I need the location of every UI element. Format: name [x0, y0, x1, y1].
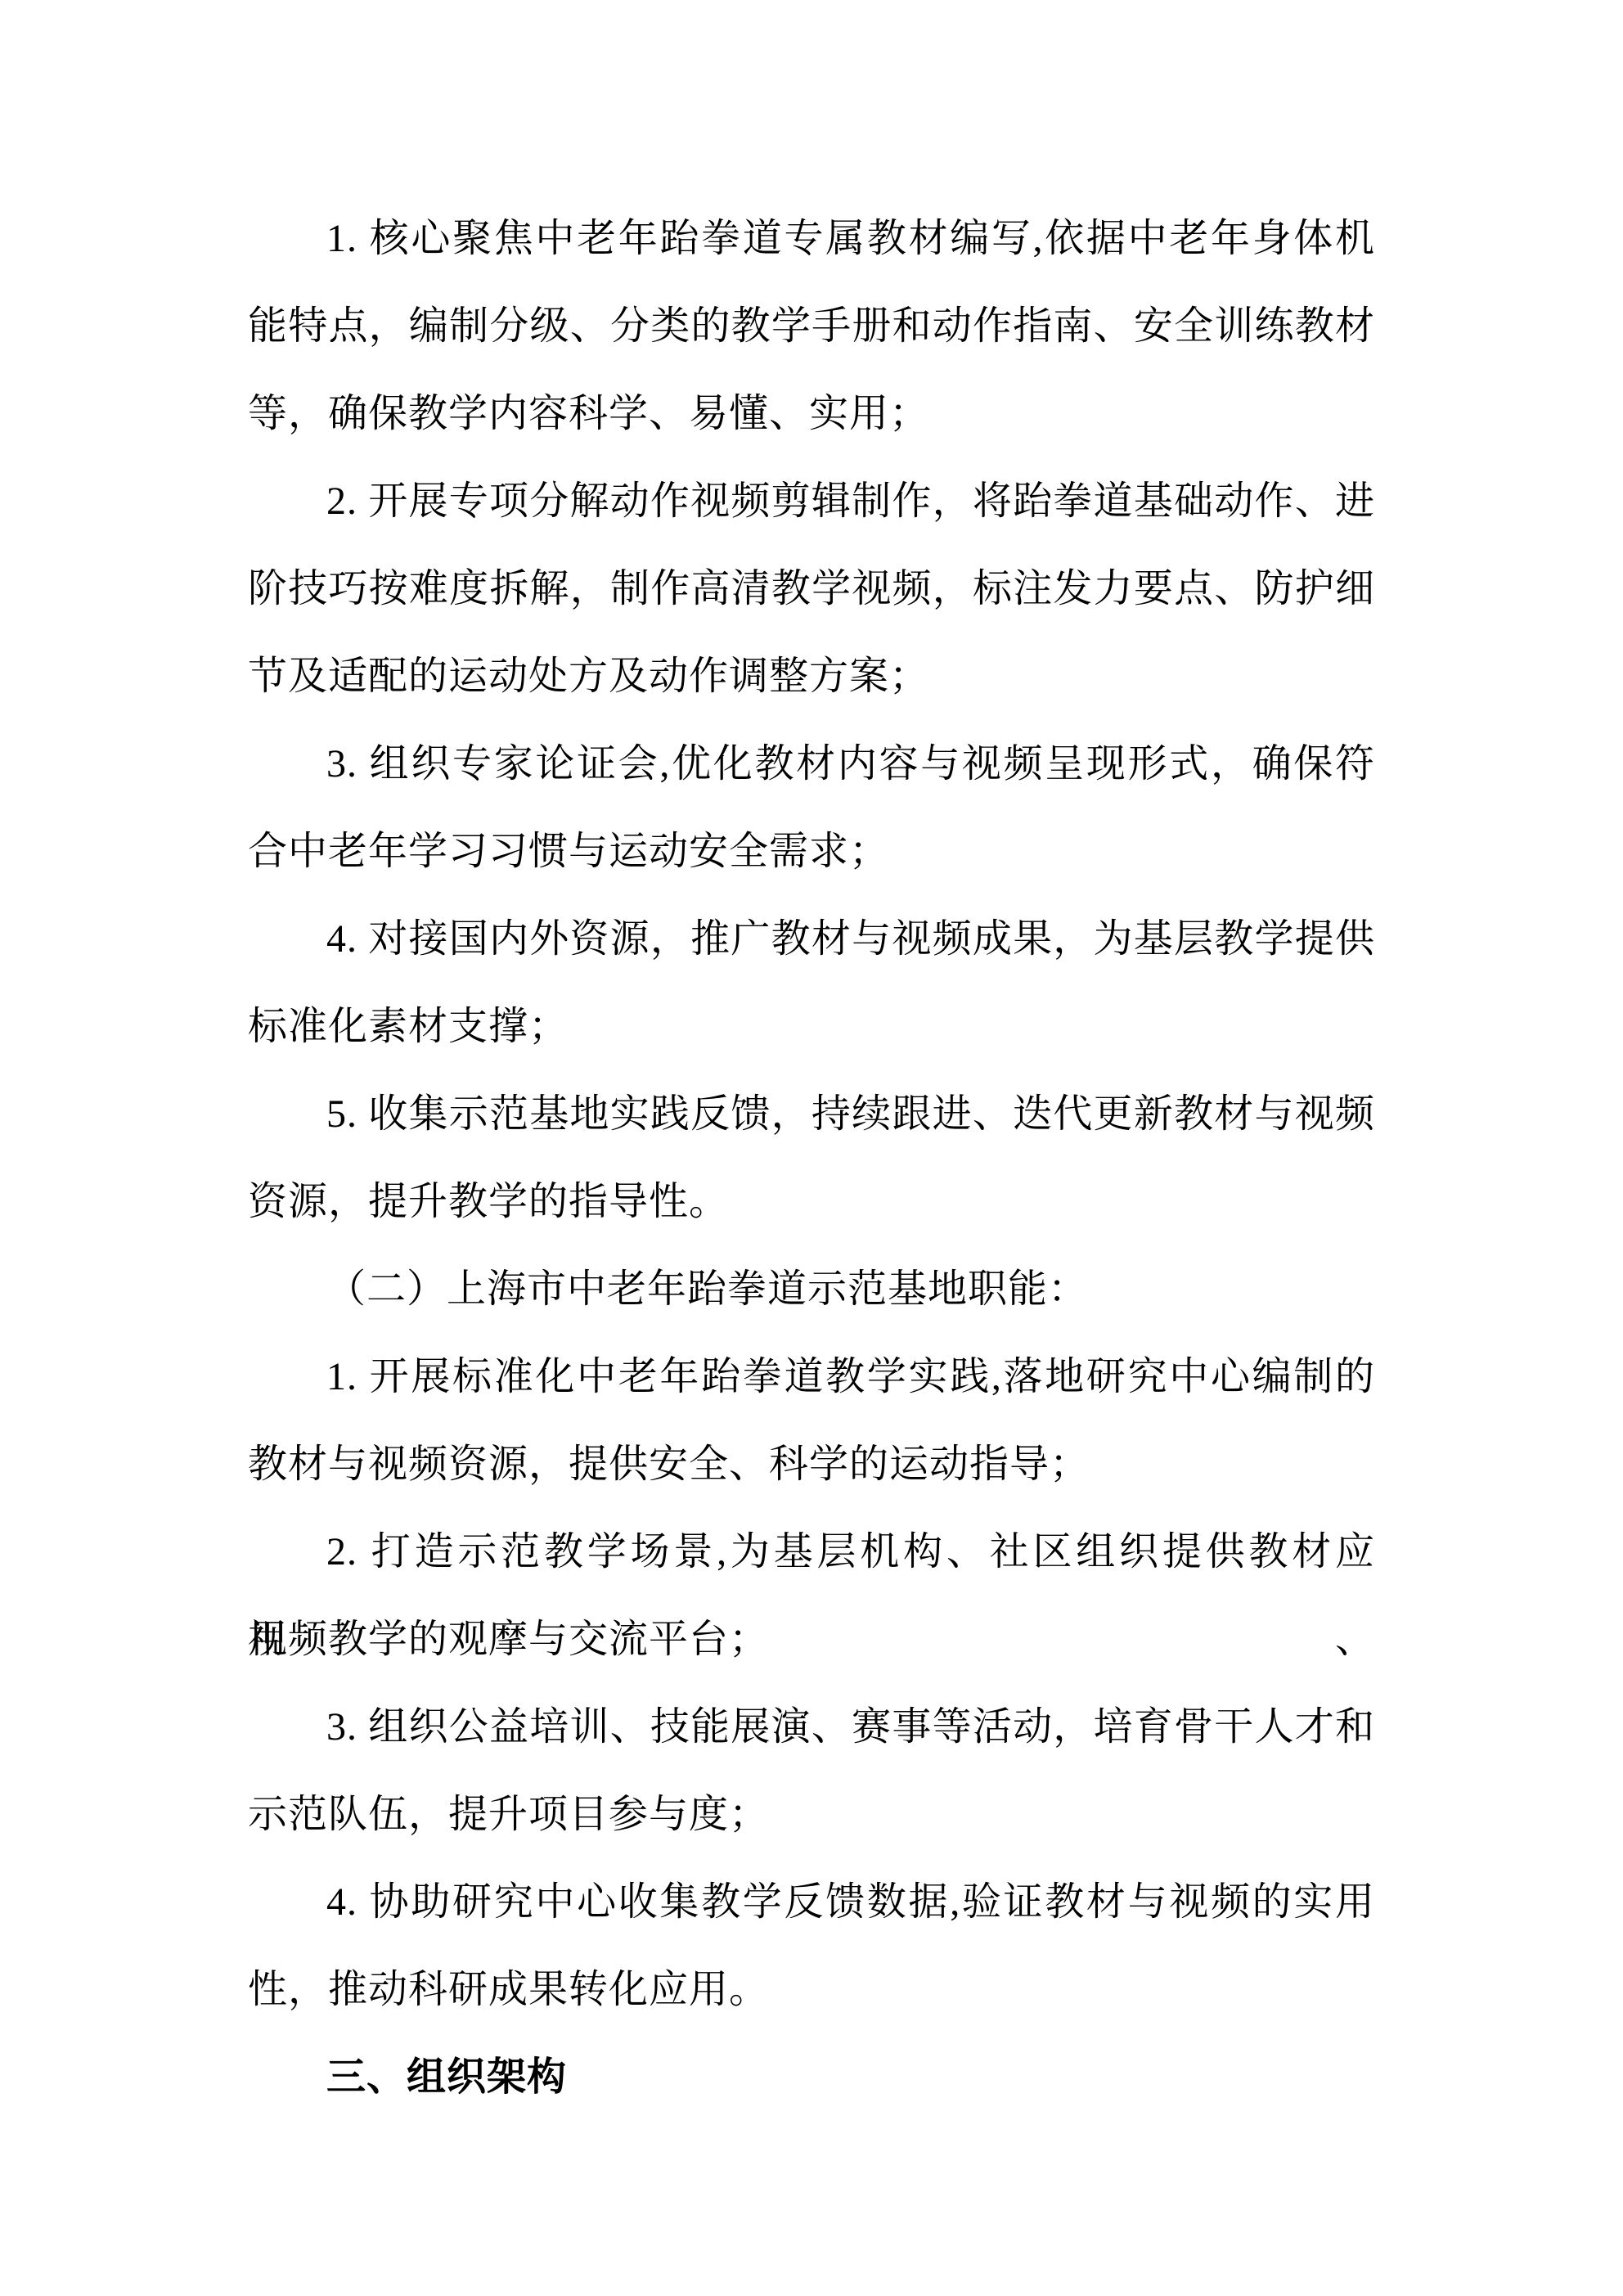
document-line: 教材与视频资源，提供安全、科学的运动指导； [248, 1420, 1375, 1508]
document-line: 示范队伍，提升项目参与度； [248, 1771, 1375, 1858]
document-line: 性，推动科研成果转化应用。 [248, 1946, 1375, 2033]
document-line: 1. 核心聚焦中老年跆拳道专属教材编写,依据中老年身体机 [248, 195, 1375, 282]
document-line: 等，确保教学内容科学、易懂、实用； [248, 370, 1375, 457]
document-line: 2. 开展专项分解动作视频剪辑制作，将跆拳道基础动作、进 [248, 457, 1375, 545]
document-line: 2. 打造示范教学场景,为基层机构、社区组织提供教材应用、 [248, 1508, 1375, 1596]
document-line: 4. 对接国内外资源，推广教材与视频成果，为基层教学提供 [248, 895, 1375, 983]
section-heading: 三、组织架构 [248, 2033, 1375, 2121]
document-page: 1. 核心聚焦中老年跆拳道专属教材编写,依据中老年身体机 能特点，编制分级、分类… [0, 0, 1623, 2296]
document-text: 1. 核心聚焦中老年跆拳道专属教材编写,依据中老年身体机 能特点，编制分级、分类… [248, 195, 1375, 2121]
document-line: 1. 开展标准化中老年跆拳道教学实践,落地研究中心编制的 [248, 1333, 1375, 1420]
document-line: 节及适配的运动处方及动作调整方案； [248, 633, 1375, 720]
document-line: 3. 组织公益培训、技能展演、赛事等活动，培育骨干人才和 [248, 1683, 1375, 1771]
document-line: 能特点，编制分级、分类的教学手册和动作指南、安全训练教材 [248, 282, 1375, 370]
document-line: 3. 组织专家论证会,优化教材内容与视频呈现形式，确保符 [248, 720, 1375, 808]
document-line: 阶技巧按难度拆解，制作高清教学视频，标注发力要点、防护细 [248, 545, 1375, 633]
document-line: 4. 协助研究中心收集教学反馈数据,验证教材与视频的实用 [248, 1858, 1375, 1946]
document-line: 资源，提升教学的指导性。 [248, 1158, 1375, 1245]
document-line: 合中老年学习习惯与运动安全需求； [248, 808, 1375, 895]
document-line: 5. 收集示范基地实践反馈，持续跟进、迭代更新教材与视频 [248, 1070, 1375, 1158]
document-line: 标准化素材支撑； [248, 983, 1375, 1070]
subsection-heading: （二）上海市中老年跆拳道示范基地职能： [248, 1245, 1375, 1333]
